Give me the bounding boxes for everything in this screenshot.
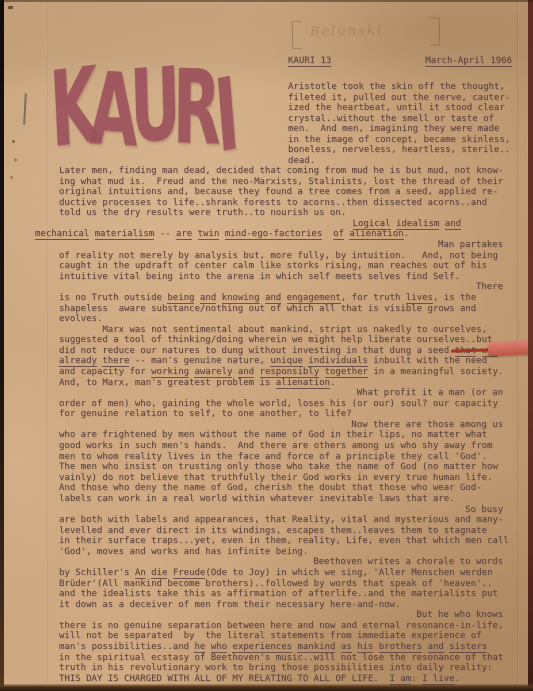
pink-tab [527,137,533,159]
paper-crease [47,0,49,691]
paper-page: Belunski KAURI KAURI 13 March-April 1966… [0,0,533,691]
pencil-note-text: Belunski [310,23,383,40]
text-line: intuitive vital being into the arena in … [59,272,517,283]
text-line: And, to Marx, man's greatest problem is … [59,378,517,389]
text-line: truth in his revolutionary work to bring… [59,663,517,674]
text-line: THIS DAY IS CHARGED WITH ALL OF MY RELAT… [59,674,517,685]
text-line: for genuine relation to self, to one ano… [59,409,517,420]
text-line: order of men) who, gaining the whole wor… [59,399,517,410]
scan-edge-left [0,0,4,691]
text-line: levelled and ever direct in its windings… [59,526,517,537]
paper-speck [10,176,13,179]
text-line: mechanical materialism -- are twin mind-… [35,229,517,240]
text-line: And those who deny the name of God, cher… [59,483,517,494]
text-line: in their surface traps...yet, even in th… [59,536,517,547]
text-line: in the spiritual ecstasy of Beethoven's … [59,653,517,664]
text-line: ing what mud is. Freud and the neo-Marxi… [59,177,517,188]
text-line: evolves. [59,314,517,325]
text-line: good works in such men's hands. And ther… [59,441,517,452]
text-line: suggested a tool of thinking/doing where… [59,335,517,346]
paper-speck [14,158,17,162]
text-line: vainly) do not believe that truthfully t… [59,473,517,484]
body-text: Later men, finding man dead, decided tha… [59,166,517,684]
paper-speck [8,6,13,9]
text-line: told us the dry results were truth..to n… [59,208,517,219]
text-line: of reality not merely by analysis but, m… [59,251,517,262]
red-tab [488,340,533,356]
scan-edge-bottom [0,684,533,691]
text-line: Brüder'(All mankind become brothers)..fo… [59,579,517,590]
text-line: Later men, finding man dead, decided tha… [59,166,517,177]
text-line: by Schiller's An die Freude(Ode to Joy) … [59,568,517,579]
text-line: it down as a deceiver of men from their … [59,600,517,611]
issue-header: KAURI 13 March-April 1966 [288,56,512,67]
issue-number: KAURI 13 [288,56,331,67]
text-line: Marx was not sentimental about mankind, … [59,325,517,336]
scan-root: { "colors":{"paper":"#cba67f","ink":"#5d… [0,0,533,691]
text-line: But he who knows [59,610,517,621]
text-line: ductive processes to life..shrank forest… [59,198,517,209]
text-line: will not be separated by the literal sta… [59,631,517,642]
text-line: is no Truth outside being and knowing an… [59,293,517,304]
text-line: there is no genuine separation between h… [59,621,517,632]
text-line: The men who insist on trusting only thos… [59,462,517,473]
pencil-note: Belunski [292,15,463,51]
text-line: 'God', moves and works and has infinite … [59,547,517,558]
text-line: boneless, nerveless, heartless, sterile.… [288,145,524,156]
text-line: Man partakes [59,240,517,251]
text-line: man's possibilities..and he who experien… [59,642,517,653]
pencil-bracket-right [430,17,441,45]
pencil-bracket-left [292,21,303,49]
pencil-mark [23,93,27,125]
text-line: in the image of concept, became skinless… [288,135,524,146]
text-line: already there -- man's genuine nature, u… [59,356,517,367]
text-line: men. And men, imagining they were made [288,124,524,135]
text-line: So busy [59,505,517,516]
text-line: who are frightened by men without the na… [59,430,517,441]
text-line: shapeless aware substance/nothing out of… [59,304,517,315]
text-line: original intuitions and, because they fo… [59,187,517,198]
paper-speck [12,140,15,143]
text-line: crystal..without the smell or taste of [288,114,524,125]
text-line: Now there are those among us [59,420,517,431]
text-line: What profit it a man (or an [59,388,517,399]
issue-date: March-April 1966 [425,56,512,67]
text-line: ized the heartbeat, until it stood clear [288,103,524,114]
text-line: caught in the updraft of center calm lik… [59,261,517,272]
text-line: fileted it, pulled out the nerve, cauter… [288,93,524,104]
text-line: There [59,282,517,293]
text-line: are both with labels and appearances, th… [59,515,517,526]
text-line: Aristotle took the skin off the thought, [288,82,524,93]
text-line: did not reduce our natures to dung witho… [59,346,517,357]
scan-edge-top [0,0,533,2]
text-line: Beethoven writes a chorale to words [59,557,517,568]
text-line: and the idealists take this as affirmati… [59,589,517,600]
text-line: Logical idealism and [59,219,517,230]
text-line: labels can work in a real world within w… [59,494,517,505]
text-line: men to whom reality lives in the face an… [59,452,517,463]
text-line: and capacity for working awarely and res… [59,367,517,378]
intro-column: Aristotle took the skin off the thought,… [288,82,524,167]
